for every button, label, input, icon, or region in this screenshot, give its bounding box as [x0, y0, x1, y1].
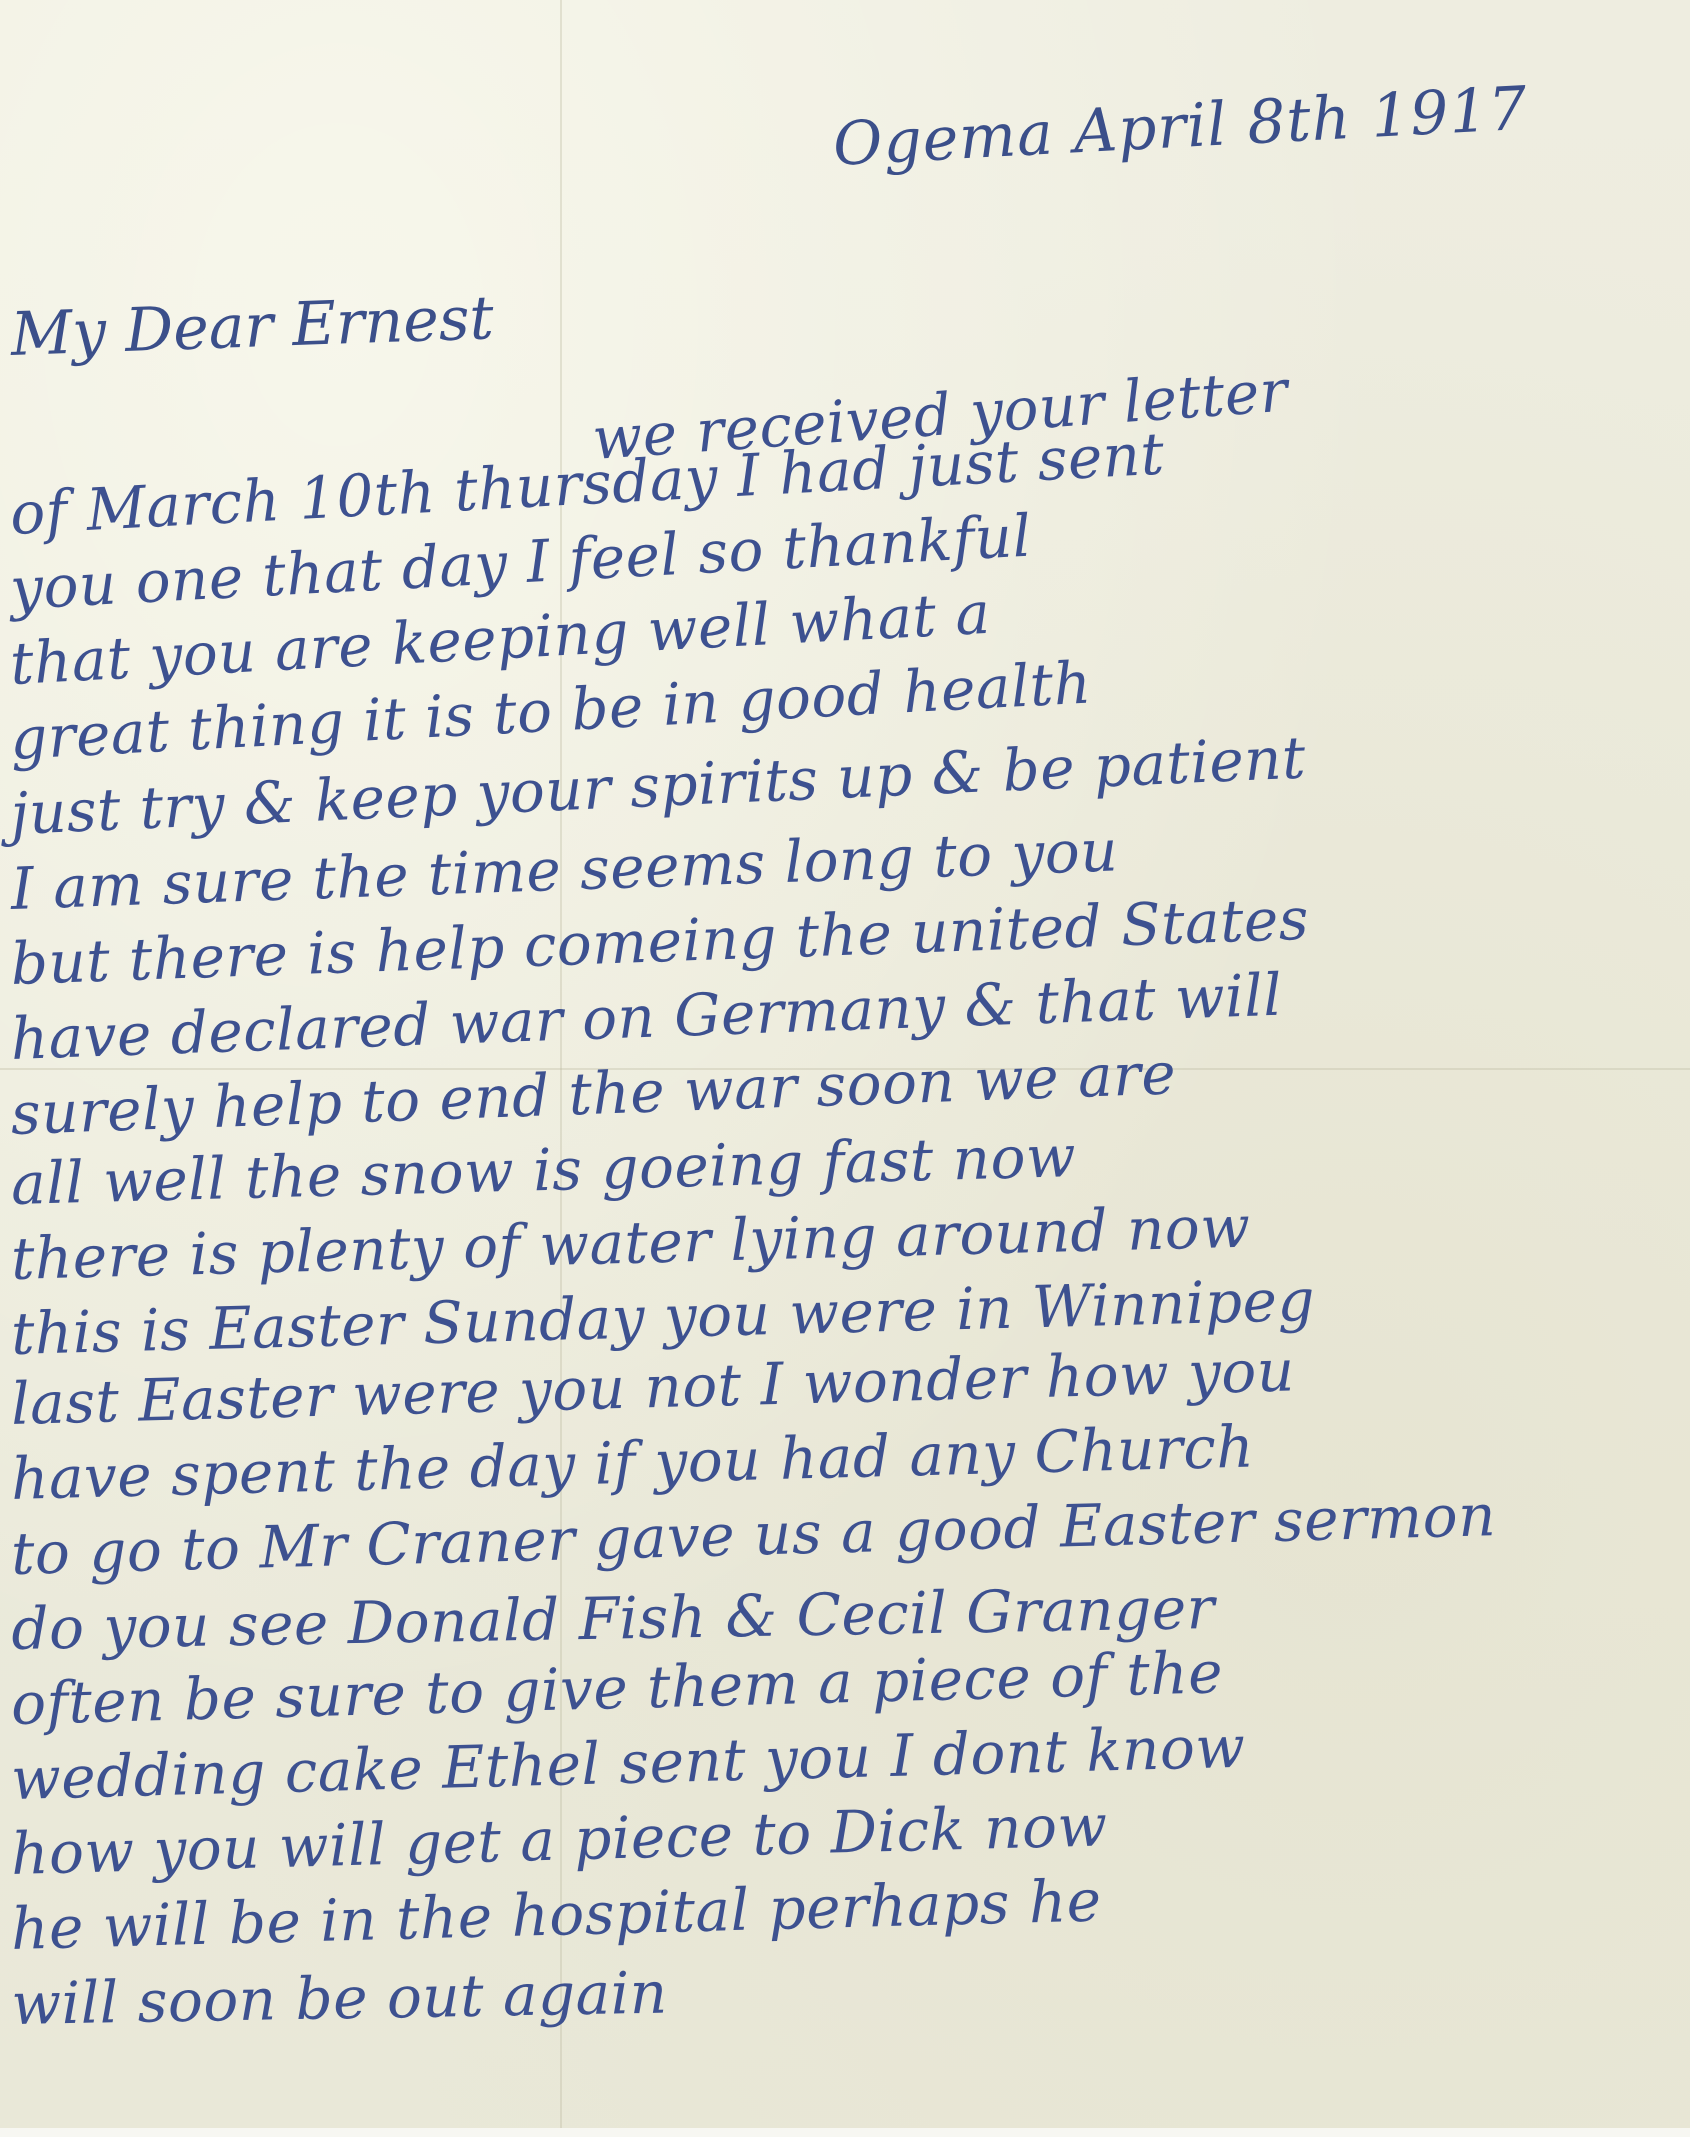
letter-salutation: My Dear Ernest — [10, 283, 495, 370]
letter-dateline: Ogema April 8th 1917 — [831, 74, 1529, 180]
letter-body-line: will soon be out again — [11, 1959, 668, 2038]
scan-bottom-edge — [0, 2128, 1690, 2137]
letter-paper: Ogema April 8th 1917 My Dear Ernest we r… — [0, 0, 1690, 2137]
